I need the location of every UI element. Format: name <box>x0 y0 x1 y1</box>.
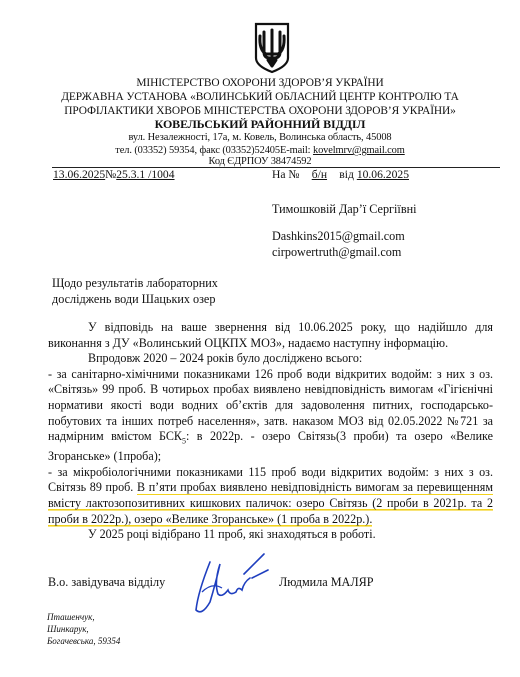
reply-from: від <box>339 168 354 181</box>
executor-2: Шинкарук, <box>47 624 89 636</box>
executor-1: Пташенчук, <box>47 612 95 624</box>
outgoing-date: 13.06.2025 <box>53 168 105 181</box>
number-sign: № <box>105 168 116 181</box>
reply-number: б/н <box>302 168 336 181</box>
body-paragraph-2025: У 2025 році відібрано 11 проб, які знахо… <box>48 527 493 543</box>
reply-reference: На № б/н від 10.06.2025 <box>272 168 409 181</box>
signatory-name: Людмила МАЛЯР <box>279 574 374 590</box>
outgoing-registration: 13.06.2025№25.3.1 /1004 <box>53 168 175 181</box>
handwritten-signature-icon <box>192 552 272 627</box>
recipient-email-2[interactable]: cirpowertruth@gmail.com <box>272 244 401 260</box>
institution-line-1: ДЕРЖАВНА УСТАНОВА «ВОЛИНСЬКИЙ ОБЛАСНИЙ Ц… <box>0 90 520 104</box>
body-paragraph-intro: У відповідь на ваше звернення від 10.06.… <box>48 320 493 351</box>
coat-of-arms-icon <box>254 22 290 74</box>
recipient-email-1[interactable]: Dashkins2015@gmail.com <box>272 228 405 244</box>
body-paragraph-microbiological: - за мікробіологічними показниками 115 п… <box>48 465 493 527</box>
body-paragraph-chemical: - за санітарно-хімічними показниками 126… <box>48 367 493 465</box>
ministry-name: МІНІСТЕРСТВО ОХОРОНИ ЗДОРОВ’Я УКРАЇНИ <box>0 76 520 90</box>
department-name: КОВЕЛЬСЬКИЙ РАЙОННИЙ ВІДДІЛ <box>0 117 520 131</box>
reply-date: 10.06.2025 <box>357 168 409 181</box>
letter-body: У відповідь на ваше звернення від 10.06.… <box>48 320 493 543</box>
reply-prefix: На № <box>272 168 299 181</box>
institution-line-2: ПРОФІЛАКТИКИ ХВОРОБ МІНІСТЕРСТВА ОХОРОНИ… <box>0 104 520 118</box>
address: вул. Незалежності, 17а, м. Ковель, Волин… <box>0 131 520 145</box>
subject-line-1: Щодо результатів лабораторних <box>52 275 218 291</box>
body-paragraph-period: Впродовж 2020 – 2024 років було дослідже… <box>48 351 493 367</box>
executor-3: Богачевська, 59354 <box>47 636 120 648</box>
subject-line-2: досліджень води Шацьких озер <box>52 291 215 307</box>
recipient-name: Тимошковій Дар’ї Сергіївні <box>272 201 416 217</box>
outgoing-number: 25.3.1 /1004 <box>116 168 174 181</box>
signatory-position: В.о. завідувача відділу <box>48 574 165 590</box>
